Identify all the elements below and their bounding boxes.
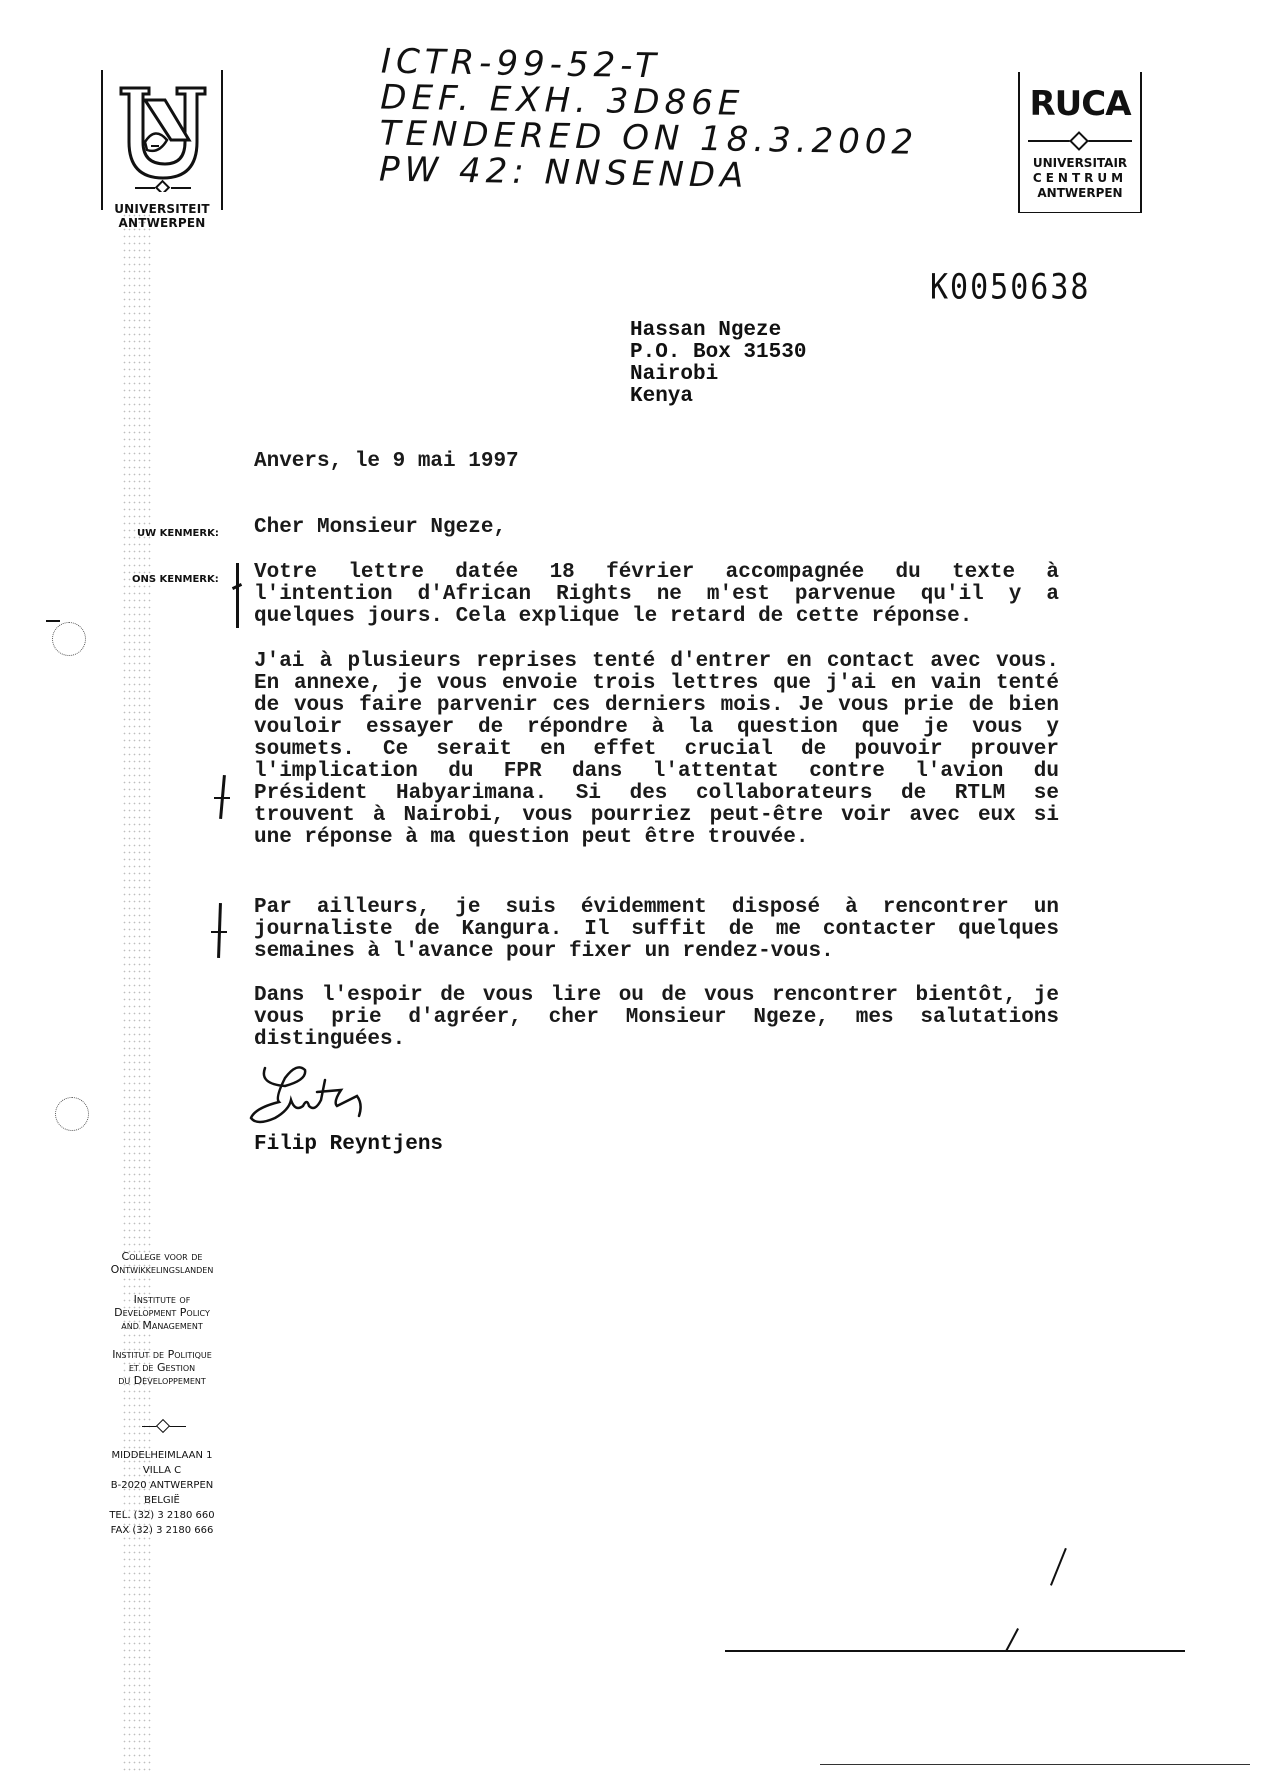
recipient-name: Hassan Ngeze — [630, 320, 806, 342]
pen-slash-mark — [1050, 1548, 1067, 1586]
signer-name: Filip Reyntjens — [254, 1133, 443, 1156]
ruca-logo: RUCA UNIVERSITAIR CENTRUM ANTWERPEN — [1018, 72, 1142, 213]
margin-tick-cross — [211, 931, 227, 933]
institution-name-dutch: College voor de Ontwikkelingslanden — [72, 1250, 252, 1276]
institution-line: du Developpement — [72, 1374, 252, 1387]
institution-line: and Management — [72, 1319, 252, 1332]
address-city: B-2020 ANTWERPEN — [72, 1478, 252, 1493]
institution-line: et de Gestion — [72, 1361, 252, 1374]
recipient-city: Nairobi — [630, 364, 806, 386]
margin-bracket-mark — [236, 563, 239, 628]
diamond-icon — [156, 1419, 170, 1433]
uw-kenmerk-label: UW KENMERK: — [137, 528, 219, 539]
institution-line: Ontwikkelingslanden — [72, 1263, 252, 1276]
ua-monogram-icon — [115, 80, 209, 192]
margin-tick-cross — [214, 797, 230, 799]
ruca-full-name: UNIVERSITAIR CENTRUM ANTWERPEN — [1020, 156, 1140, 201]
recipient-po-box: P.O. Box 31530 — [630, 342, 806, 364]
scan-mark — [46, 620, 60, 622]
paragraph-4: Dans l'espoir de vous lire ou de vous re… — [254, 985, 1059, 1051]
institution-name-english: Institute of Development Policy and Mana… — [72, 1293, 252, 1332]
address-fax: FAX (32) 3 2180 666 — [72, 1523, 252, 1538]
place-date: Anvers, le 9 mai 1997 — [254, 451, 519, 473]
institution-name-french: Institut de Politique et de Gestion du D… — [72, 1348, 252, 1387]
ruca-line-1: UNIVERSITAIR — [1020, 156, 1140, 171]
address-building: VILLA C — [72, 1463, 252, 1478]
diamond-icon — [1069, 131, 1089, 151]
universiteit-antwerpen-logo: UNIVERSITEIT ANTWERPEN — [101, 70, 223, 210]
recipient-country: Kenya — [630, 386, 806, 408]
salutation: Cher Monsieur Ngeze, — [254, 517, 506, 539]
bottom-rule-line — [725, 1650, 1185, 1652]
paragraph-1: Votre lettre datée 18 février accompagné… — [254, 562, 1059, 628]
universiteit-antwerpen-name: UNIVERSITEIT ANTWERPEN — [103, 202, 221, 230]
scan-speckle-column — [122, 212, 152, 1772]
ons-kenmerk-label: ONS KENMERK: — [132, 574, 219, 585]
ruca-acronym: RUCA — [1020, 84, 1140, 124]
punch-hole-mark — [52, 622, 86, 656]
paragraph-2: J'ai à plusieurs reprises tenté d'entrer… — [254, 651, 1059, 849]
institution-line: Institute of — [72, 1293, 252, 1306]
pen-slash-mark — [1005, 1628, 1019, 1652]
logo-name-line-2: ANTWERPEN — [103, 216, 221, 230]
institution-address: MIDDELHEIMLAAN 1 VILLA C B-2020 ANTWERPE… — [72, 1448, 252, 1538]
bottom-edge-line — [820, 1764, 1250, 1765]
ruca-line-3: ANTWERPEN — [1020, 186, 1140, 201]
paragraph-3: Par ailleurs, je suis évidemment disposé… — [254, 897, 1059, 963]
institution-line: Institut de Politique — [72, 1348, 252, 1361]
address-phone: TEL. (32) 3 2180 660 — [72, 1508, 252, 1523]
address-country: BELGIË — [72, 1493, 252, 1508]
ruca-line-2: CENTRUM — [1020, 171, 1140, 186]
handwritten-signature — [245, 1060, 445, 1130]
handwritten-exhibit-annotation: ICTR-99-52-T DEF. EXH. 3D86E TENDERED ON… — [379, 43, 901, 196]
document-stamp-number: K0050638 — [930, 267, 1091, 307]
address-street: MIDDELHEIMLAAN 1 — [72, 1448, 252, 1463]
recipient-address: Hassan Ngeze P.O. Box 31530 Nairobi Keny… — [630, 320, 806, 408]
institution-line: Development Policy — [72, 1306, 252, 1319]
institution-line: College voor de — [72, 1250, 252, 1263]
logo-name-line-1: UNIVERSITEIT — [103, 202, 221, 216]
punch-hole-mark — [55, 1097, 89, 1131]
